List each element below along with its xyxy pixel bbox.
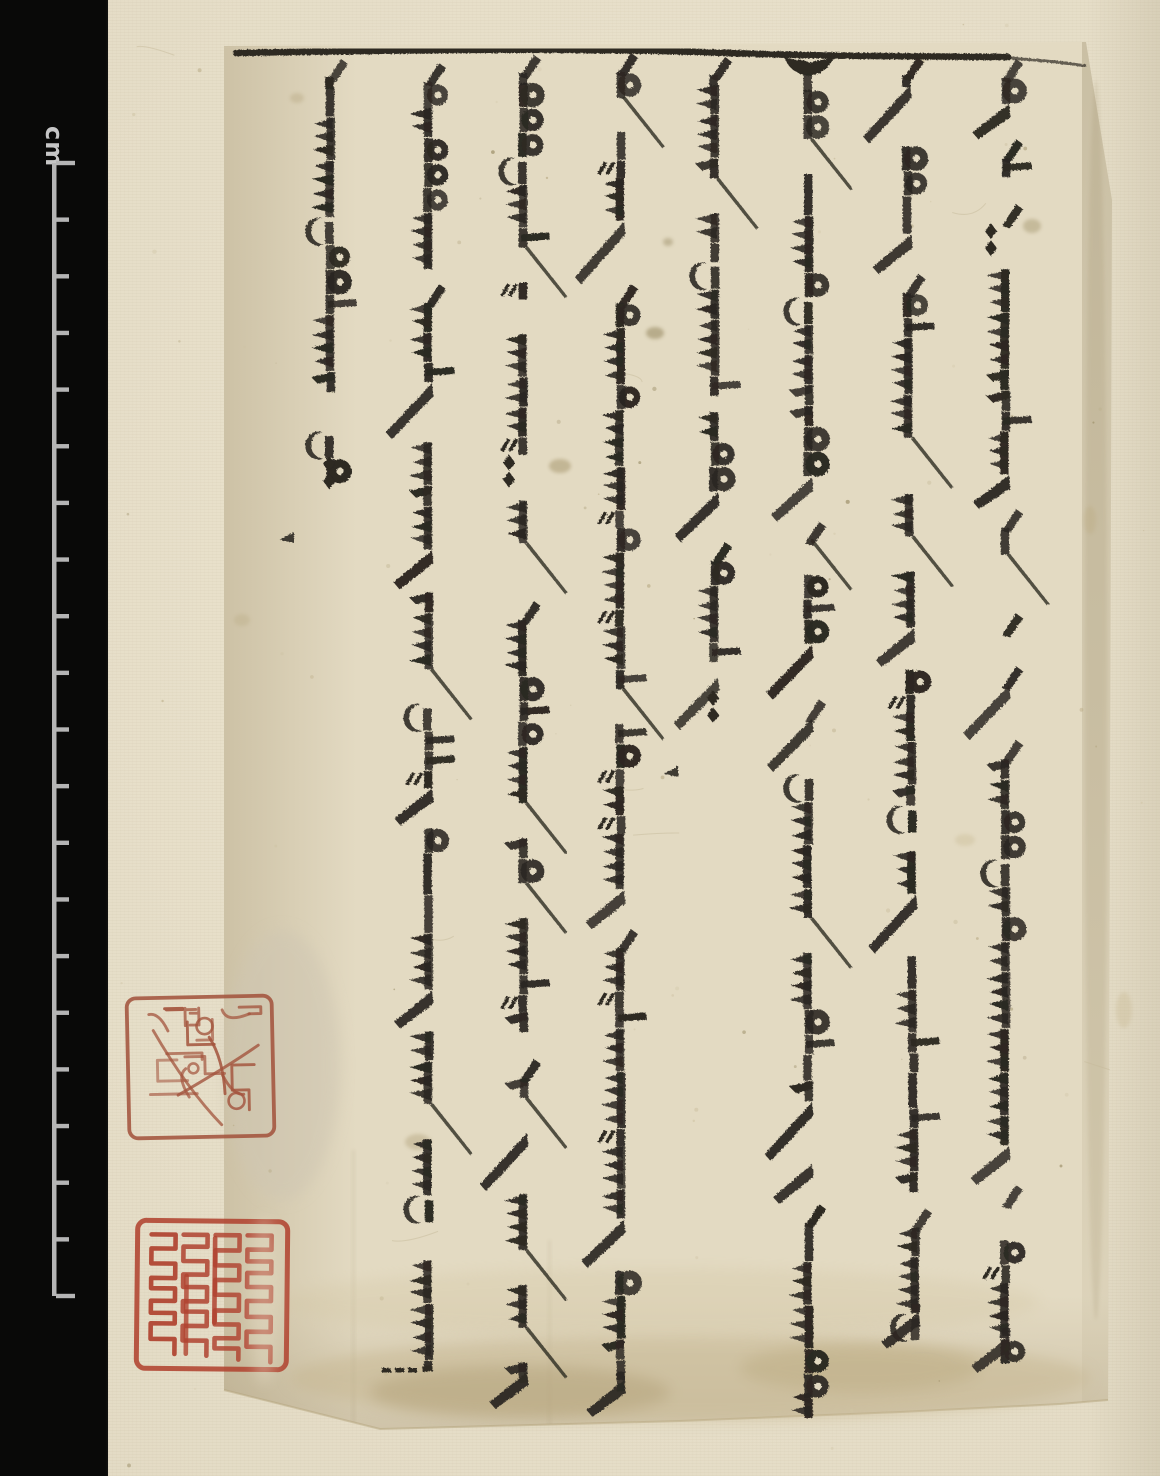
- cm-scale-bar: cm: [40, 126, 75, 1298]
- scanned-manuscript-page: cm: [0, 0, 1160, 1476]
- manuscript-overlay: cm: [0, 0, 1160, 1476]
- surface-creases: [250, 1215, 278, 1385]
